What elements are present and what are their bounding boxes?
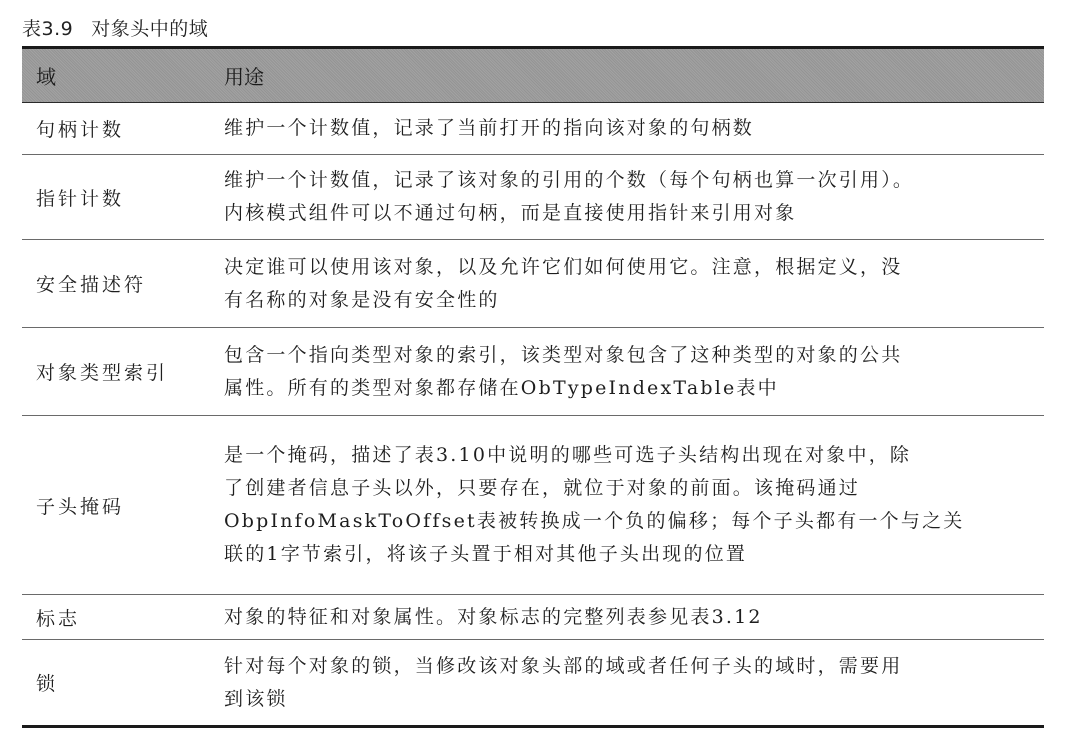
table-row: 对象类型索引 包含一个指向类型对象的索引，该类型对象包含了这种类型的对象的公共 … — [22, 328, 1044, 416]
object-header-fields-table: 域 用途 句柄计数 维护一个计数值，记录了当前打开的指向该对象的句柄数 指针计数… — [22, 46, 1044, 728]
table-header-row: 域 用途 — [22, 46, 1044, 103]
purpose-line: ObpInfoMaskToOffset表被转换成一个负的偏移；每个子头都有一个与… — [224, 505, 1034, 538]
header-purpose: 用途 — [224, 61, 264, 90]
field-name: 子头掩码 — [22, 492, 224, 519]
field-name: 指针计数 — [22, 184, 224, 211]
field-name: 标志 — [22, 604, 224, 631]
table-number: 表3.9 — [22, 18, 73, 40]
header-field: 域 — [22, 61, 224, 90]
purpose-line: 包含一个指向类型对象的索引，该类型对象包含了这种类型的对象的公共 — [224, 339, 1034, 372]
field-purpose: 决定谁可以使用该对象，以及允许它们如何使用它。注意，根据定义，没 有名称的对象是… — [224, 251, 1044, 317]
purpose-line: 决定谁可以使用该对象，以及允许它们如何使用它。注意，根据定义，没 — [224, 251, 1034, 284]
field-name: 句柄计数 — [22, 115, 224, 142]
purpose-line: 是一个掩码，描述了表3.10中说明的哪些可选子头结构出现在对象中，除 — [224, 439, 1034, 472]
table-row: 句柄计数 维护一个计数值，记录了当前打开的指向该对象的句柄数 — [22, 103, 1044, 155]
purpose-line: 联的1字节索引，将该子头置于相对其他子头出现的位置 — [224, 538, 1034, 571]
table-row: 子头掩码 是一个掩码，描述了表3.10中说明的哪些可选子头结构出现在对象中，除 … — [22, 416, 1044, 595]
purpose-line: 属性。所有的类型对象都存储在ObTypeIndexTable表中 — [224, 372, 1034, 405]
field-name: 安全描述符 — [22, 270, 224, 297]
field-purpose: 维护一个计数值，记录了该对象的引用的个数（每个句柄也算一次引用）。 内核模式组件… — [224, 164, 1044, 230]
field-name: 锁 — [22, 669, 224, 696]
field-purpose: 包含一个指向类型对象的索引，该类型对象包含了这种类型的对象的公共 属性。所有的类… — [224, 339, 1044, 405]
field-name: 对象类型索引 — [22, 358, 224, 385]
purpose-line: 到该锁 — [224, 683, 1034, 716]
purpose-line: 了创建者信息子头以外，只要存在，就位于对象的前面。该掩码通过 — [224, 472, 1034, 505]
purpose-line: 对象的特征和对象属性。对象标志的完整列表参见表3.12 — [224, 601, 1034, 634]
field-purpose: 针对每个对象的锁，当修改该对象头部的域或者任何子头的域时，需要用 到该锁 — [224, 650, 1044, 716]
purpose-line: 有名称的对象是没有安全性的 — [224, 284, 1034, 317]
field-purpose: 维护一个计数值，记录了当前打开的指向该对象的句柄数 — [224, 112, 1044, 145]
field-purpose: 是一个掩码，描述了表3.10中说明的哪些可选子头结构出现在对象中，除 了创建者信… — [224, 439, 1044, 571]
table-row: 指针计数 维护一个计数值，记录了该对象的引用的个数（每个句柄也算一次引用）。 内… — [22, 155, 1044, 240]
table-row: 锁 针对每个对象的锁，当修改该对象头部的域或者任何子头的域时，需要用 到该锁 — [22, 640, 1044, 728]
purpose-line: 内核模式组件可以不通过句柄，而是直接使用指针来引用对象 — [224, 197, 1034, 230]
table-row: 安全描述符 决定谁可以使用该对象，以及允许它们如何使用它。注意，根据定义，没 有… — [22, 240, 1044, 328]
table-title: 对象头中的域 — [91, 18, 208, 40]
table-caption: 表3.9对象头中的域 — [22, 14, 208, 41]
purpose-line: 针对每个对象的锁，当修改该对象头部的域或者任何子头的域时，需要用 — [224, 650, 1034, 683]
purpose-line: 维护一个计数值，记录了当前打开的指向该对象的句柄数 — [224, 112, 1034, 145]
table-row: 标志 对象的特征和对象属性。对象标志的完整列表参见表3.12 — [22, 595, 1044, 640]
purpose-line: 维护一个计数值，记录了该对象的引用的个数（每个句柄也算一次引用）。 — [224, 164, 1034, 197]
field-purpose: 对象的特征和对象属性。对象标志的完整列表参见表3.12 — [224, 601, 1044, 634]
